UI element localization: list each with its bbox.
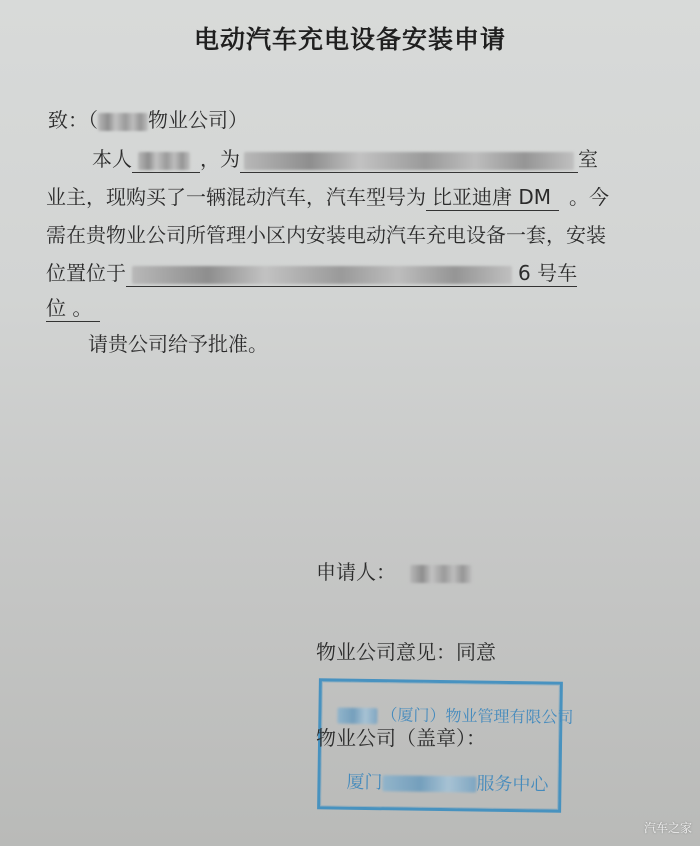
redacted-applicant-signature — [410, 565, 472, 583]
owner-name-field — [132, 147, 200, 173]
stamp-city: 厦门 — [346, 772, 382, 794]
body-line-5: 位 。 — [46, 292, 100, 321]
watermark: 汽车之家 — [644, 819, 692, 836]
car-model-field: 比亚迪唐 DM — [426, 181, 559, 211]
closing-line: 请贵公司给予批准。 — [88, 328, 268, 357]
applicant-label: 申请人： — [316, 560, 396, 584]
text-segment: 本人 — [92, 147, 132, 171]
opinion-line: 物业公司意见：同意 — [316, 636, 496, 665]
redacted-stamp-service-center — [382, 775, 476, 792]
opinion-value: 同意 — [456, 640, 496, 664]
unit-address-field — [240, 147, 578, 173]
parking-location-field — [126, 261, 518, 287]
stamp-service-line: 厦门服务中心 — [346, 768, 548, 797]
opinion-label: 物业公司意见： — [316, 640, 456, 664]
applicant-line: 申请人： — [316, 556, 472, 585]
redacted-parking-location — [132, 266, 512, 284]
text-segment: 室 — [578, 147, 598, 171]
body-line-3: 需在贵物业公司所管理小区内安装电动汽车充电设备一套，安装 — [46, 219, 606, 248]
redacted-company-name — [98, 113, 148, 131]
seal-label: 物业公司（盖章）： — [316, 722, 486, 751]
text-segment: 位 。 — [46, 296, 100, 322]
text-segment: 6 号车 — [518, 261, 577, 287]
text-segment: 位置位于 — [46, 261, 126, 285]
text-segment: ，为 — [200, 147, 240, 171]
text-segment: 。今 — [569, 185, 609, 209]
addressee-line: 致：（物业公司） — [48, 104, 248, 133]
addressee-prefix: 致：（ — [48, 108, 98, 132]
stamp-service-text: 服务中心 — [476, 774, 548, 796]
body-line-2: 业主，现购买了一辆混动汽车，汽车型号为比亚迪唐 DM。今 — [46, 181, 609, 211]
text-segment: 业主，现购买了一辆混动汽车，汽车型号为 — [46, 185, 426, 210]
redacted-unit-address — [244, 152, 574, 170]
body-line-1: 本人，为室 — [92, 143, 598, 173]
document-title: 电动汽车充电设备安装申请 — [0, 20, 700, 56]
addressee-suffix: 物业公司） — [148, 108, 248, 132]
body-line-4: 位置位于6 号车 — [46, 257, 577, 287]
redacted-owner-name — [138, 152, 190, 170]
